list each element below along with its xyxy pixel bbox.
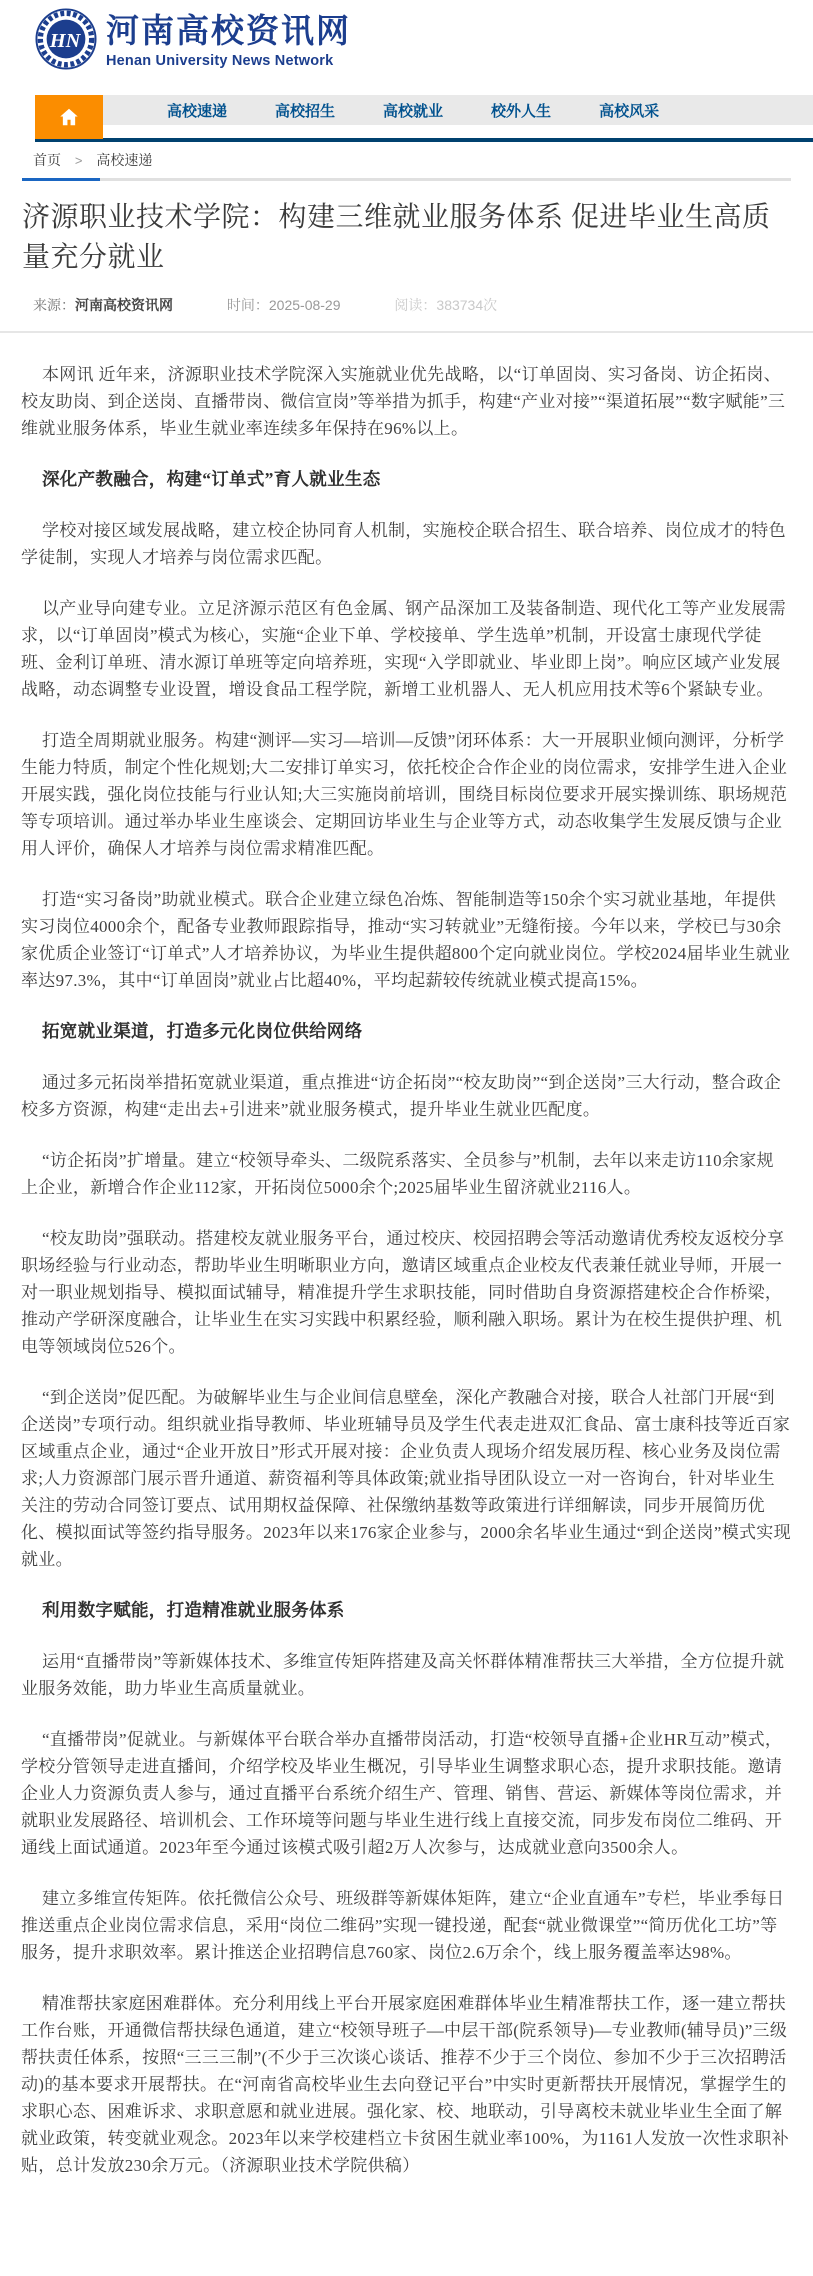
home-button[interactable] [35,95,103,139]
article-paragraph: 本网讯 近年来，济源职业技术学院深入实施就业优先战略，以“订单固岗、实习备岗、访… [21,361,791,442]
meta-time: 时间：2025-08-29 [227,297,341,313]
site-name-en: Henan University News Network [106,53,351,69]
meta-views-label: 阅读： [394,297,436,313]
nav-item[interactable]: 高校速递 [143,100,251,121]
home-icon [58,106,80,128]
article-paragraph: “访企拓岗”扩增量。建立“校领导牵头、二级院系落实、全员参与”机制，去年以来走访… [21,1147,791,1201]
meta-divider [0,331,813,333]
article-paragraph: 建立多维宣传矩阵。依托微信公众号、班级群等新媒体矩阵，建立“企业直通车”专栏，毕… [21,1885,791,1966]
section-heading: 深化产教融合，构建“订单式”育人就业生态 [21,466,791,493]
meta-time-label: 时间： [227,297,269,313]
site-logo-emblem: HN [35,8,97,70]
breadcrumb-current-link[interactable]: 高校速递 [96,152,152,168]
article-paragraph: 通过多元拓岗举措拓宽就业渠道，重点推进“访企拓岗”“校友助岗”“到企送岗”三大行… [21,1069,791,1123]
article-paragraph: 打造“实习备岗”助就业模式。联合企业建立绿色冶炼、智能制造等150余个实习就业基… [21,886,791,994]
article-paragraph: “直播带岗”促就业。与新媒体平台联合举办直播带岗活动，打造“校领导直播+企业HR… [21,1726,791,1861]
article-body: 本网讯 近年来，济源职业技术学院深入实施就业优先战略，以“订单固岗、实习备岗、访… [21,361,791,2179]
nav-underline [35,138,813,142]
site-name: 河南高校资讯网 [106,14,351,50]
article-paragraph: 运用“直播带岗”等新媒体技术、多维宣传矩阵搭建及高关怀群体精准帮扶三大举措，全方… [21,1648,791,1702]
meta-source: 来源：河南高校资讯网 [33,297,173,313]
title-divider [22,178,791,181]
nav-item[interactable]: 高校风采 [575,100,683,121]
site-header: HN 河南高校资讯网 Henan University News Network [0,0,813,95]
article-meta: 来源：河南高校资讯网 时间：2025-08-29 阅读：383734次 [33,295,813,315]
nav-item[interactable]: 高校招生 [251,100,359,121]
meta-views: 阅读：383734次 [394,297,497,313]
section-heading: 拓宽就业渠道，打造多元化岗位供给网络 [21,1018,791,1045]
emblem-letters: HN [49,30,82,52]
nav-gap [35,125,813,138]
article-paragraph: 学校对接区域发展战略，建立校企协同育人机制，实施校企联合招生、联合培养、岗位成才… [21,517,791,571]
nav-item[interactable]: 高校就业 [359,100,467,121]
meta-time-value: 2025-08-29 [269,297,341,313]
meta-source-label: 来源： [33,297,75,313]
nav-bar: 高校速递高校招生高校就业校外人生高校风采 [35,95,813,125]
nav-item[interactable]: 校外人生 [467,100,575,121]
meta-views-value: 383734次 [436,297,497,313]
nav-items: 高校速递高校招生高校就业校外人生高校风采 [143,100,683,121]
article-paragraph: “到企送岗”促匹配。为破解毕业生与企业间信息壁垒，深化产教融合对接，联合人社部门… [21,1384,791,1573]
main-nav: 高校速递高校招生高校就业校外人生高校风采 [35,95,813,125]
section-heading: 利用数字赋能，打造精准就业服务体系 [21,1597,791,1624]
article-paragraph: 以产业导向建专业。立足济源示范区有色金属、钢产品深加工及装备制造、现代化工等产业… [21,595,791,703]
meta-source-value: 河南高校资讯网 [75,297,173,313]
article-paragraph: 打造全周期就业服务。构建“测评—实习—培训—反馈”闭环体系：大一开展职业倾向测评… [21,727,791,862]
breadcrumb: 首页 > 高校速递 [33,150,813,170]
article-title: 济源职业技术学院：构建三维就业服务体系 促进毕业生高质量充分就业 [22,198,791,278]
breadcrumb-home-link[interactable]: 首页 [33,152,61,168]
breadcrumb-separator: > [75,153,83,168]
article-paragraph: 精准帮扶家庭困难群体。充分利用线上平台开展家庭困难群体毕业生精准帮扶工作，逐一建… [21,1990,791,2179]
article-paragraph: “校友助岗”强联动。搭建校友就业服务平台，通过校庆、校园招聘会等活动邀请优秀校友… [21,1225,791,1360]
brand-text: 河南高校资讯网 Henan University News Network [106,8,351,69]
